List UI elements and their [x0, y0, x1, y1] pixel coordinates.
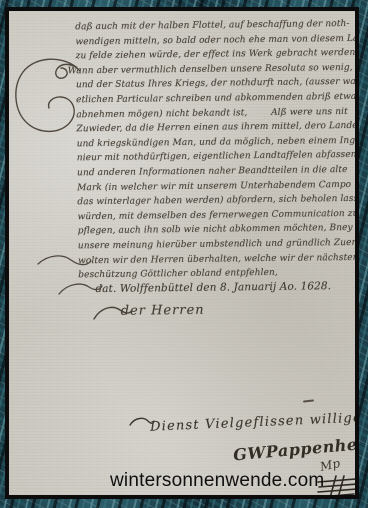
manuscript-line: das winterlager haben werden) abfordern,…: [77, 193, 355, 209]
scanned-letter: daß auch mit der halben Flottel, auf bes…: [0, 0, 368, 508]
swash-flourish-icon: [93, 303, 133, 325]
swash-flourish-icon: [58, 280, 103, 298]
manuscript-dateline: dat. Wolffenbüttel den 8. Januarij Ao. 1…: [95, 280, 331, 295]
manuscript-line: pflegen, auch ihn solb wie nicht abkomme…: [78, 222, 353, 237]
manuscript-line: Mark (in welcher wir mit unserem Unterha…: [77, 179, 351, 194]
manuscript-line: unsere meinung hierüber umbstendlich und…: [78, 236, 355, 252]
manuscript-line: daß auch mit der halben Flottel, auf bes…: [75, 18, 349, 33]
manuscript-line: wolten wir den Herren überhalten, welche…: [78, 251, 355, 266]
manuscript-line: wendigen mitteln, so bald oder noch ehe …: [75, 32, 355, 48]
photo-frame: daß auch mit der halben Flottel, auf bes…: [5, 7, 359, 499]
manuscript-line: und kriegskündigen Man, und da möglich, …: [77, 135, 355, 151]
manuscript-line: und anderen Informationen naher Beandtte…: [77, 164, 348, 179]
manuscript-salutation: der Herren: [121, 305, 205, 318]
manuscript-page: daß auch mit der halben Flottel, auf bes…: [9, 11, 355, 495]
site-watermark: wintersonnenwende.com: [110, 470, 324, 492]
manuscript-line: Zuwieder, da die Herren einen aus ihrem …: [76, 120, 355, 135]
manuscript-line: Wann aber vermuthlich denselben unsere R…: [68, 61, 355, 77]
manuscript-line: nieur mit nothdürftigen, eigentlichen La…: [77, 149, 355, 164]
manuscript-line: würden, mit demselben des fernerwegen Co…: [77, 208, 355, 223]
manuscript-line: zu felde ziehen würde, der effect ins We…: [76, 47, 355, 63]
manuscript-line: und der Status Ihres Kriegs, der nothdur…: [76, 76, 355, 92]
swash-flourish-icon: [37, 252, 92, 272]
manuscript-line: abnehmen mögen) nicht bekandt ist, Alß w…: [76, 106, 348, 121]
manuscript-line: etlichen Particular schreiben und abkomm…: [76, 90, 355, 106]
manuscript-line: beschützung Göttlicher obland entpfehlen…: [78, 267, 278, 281]
